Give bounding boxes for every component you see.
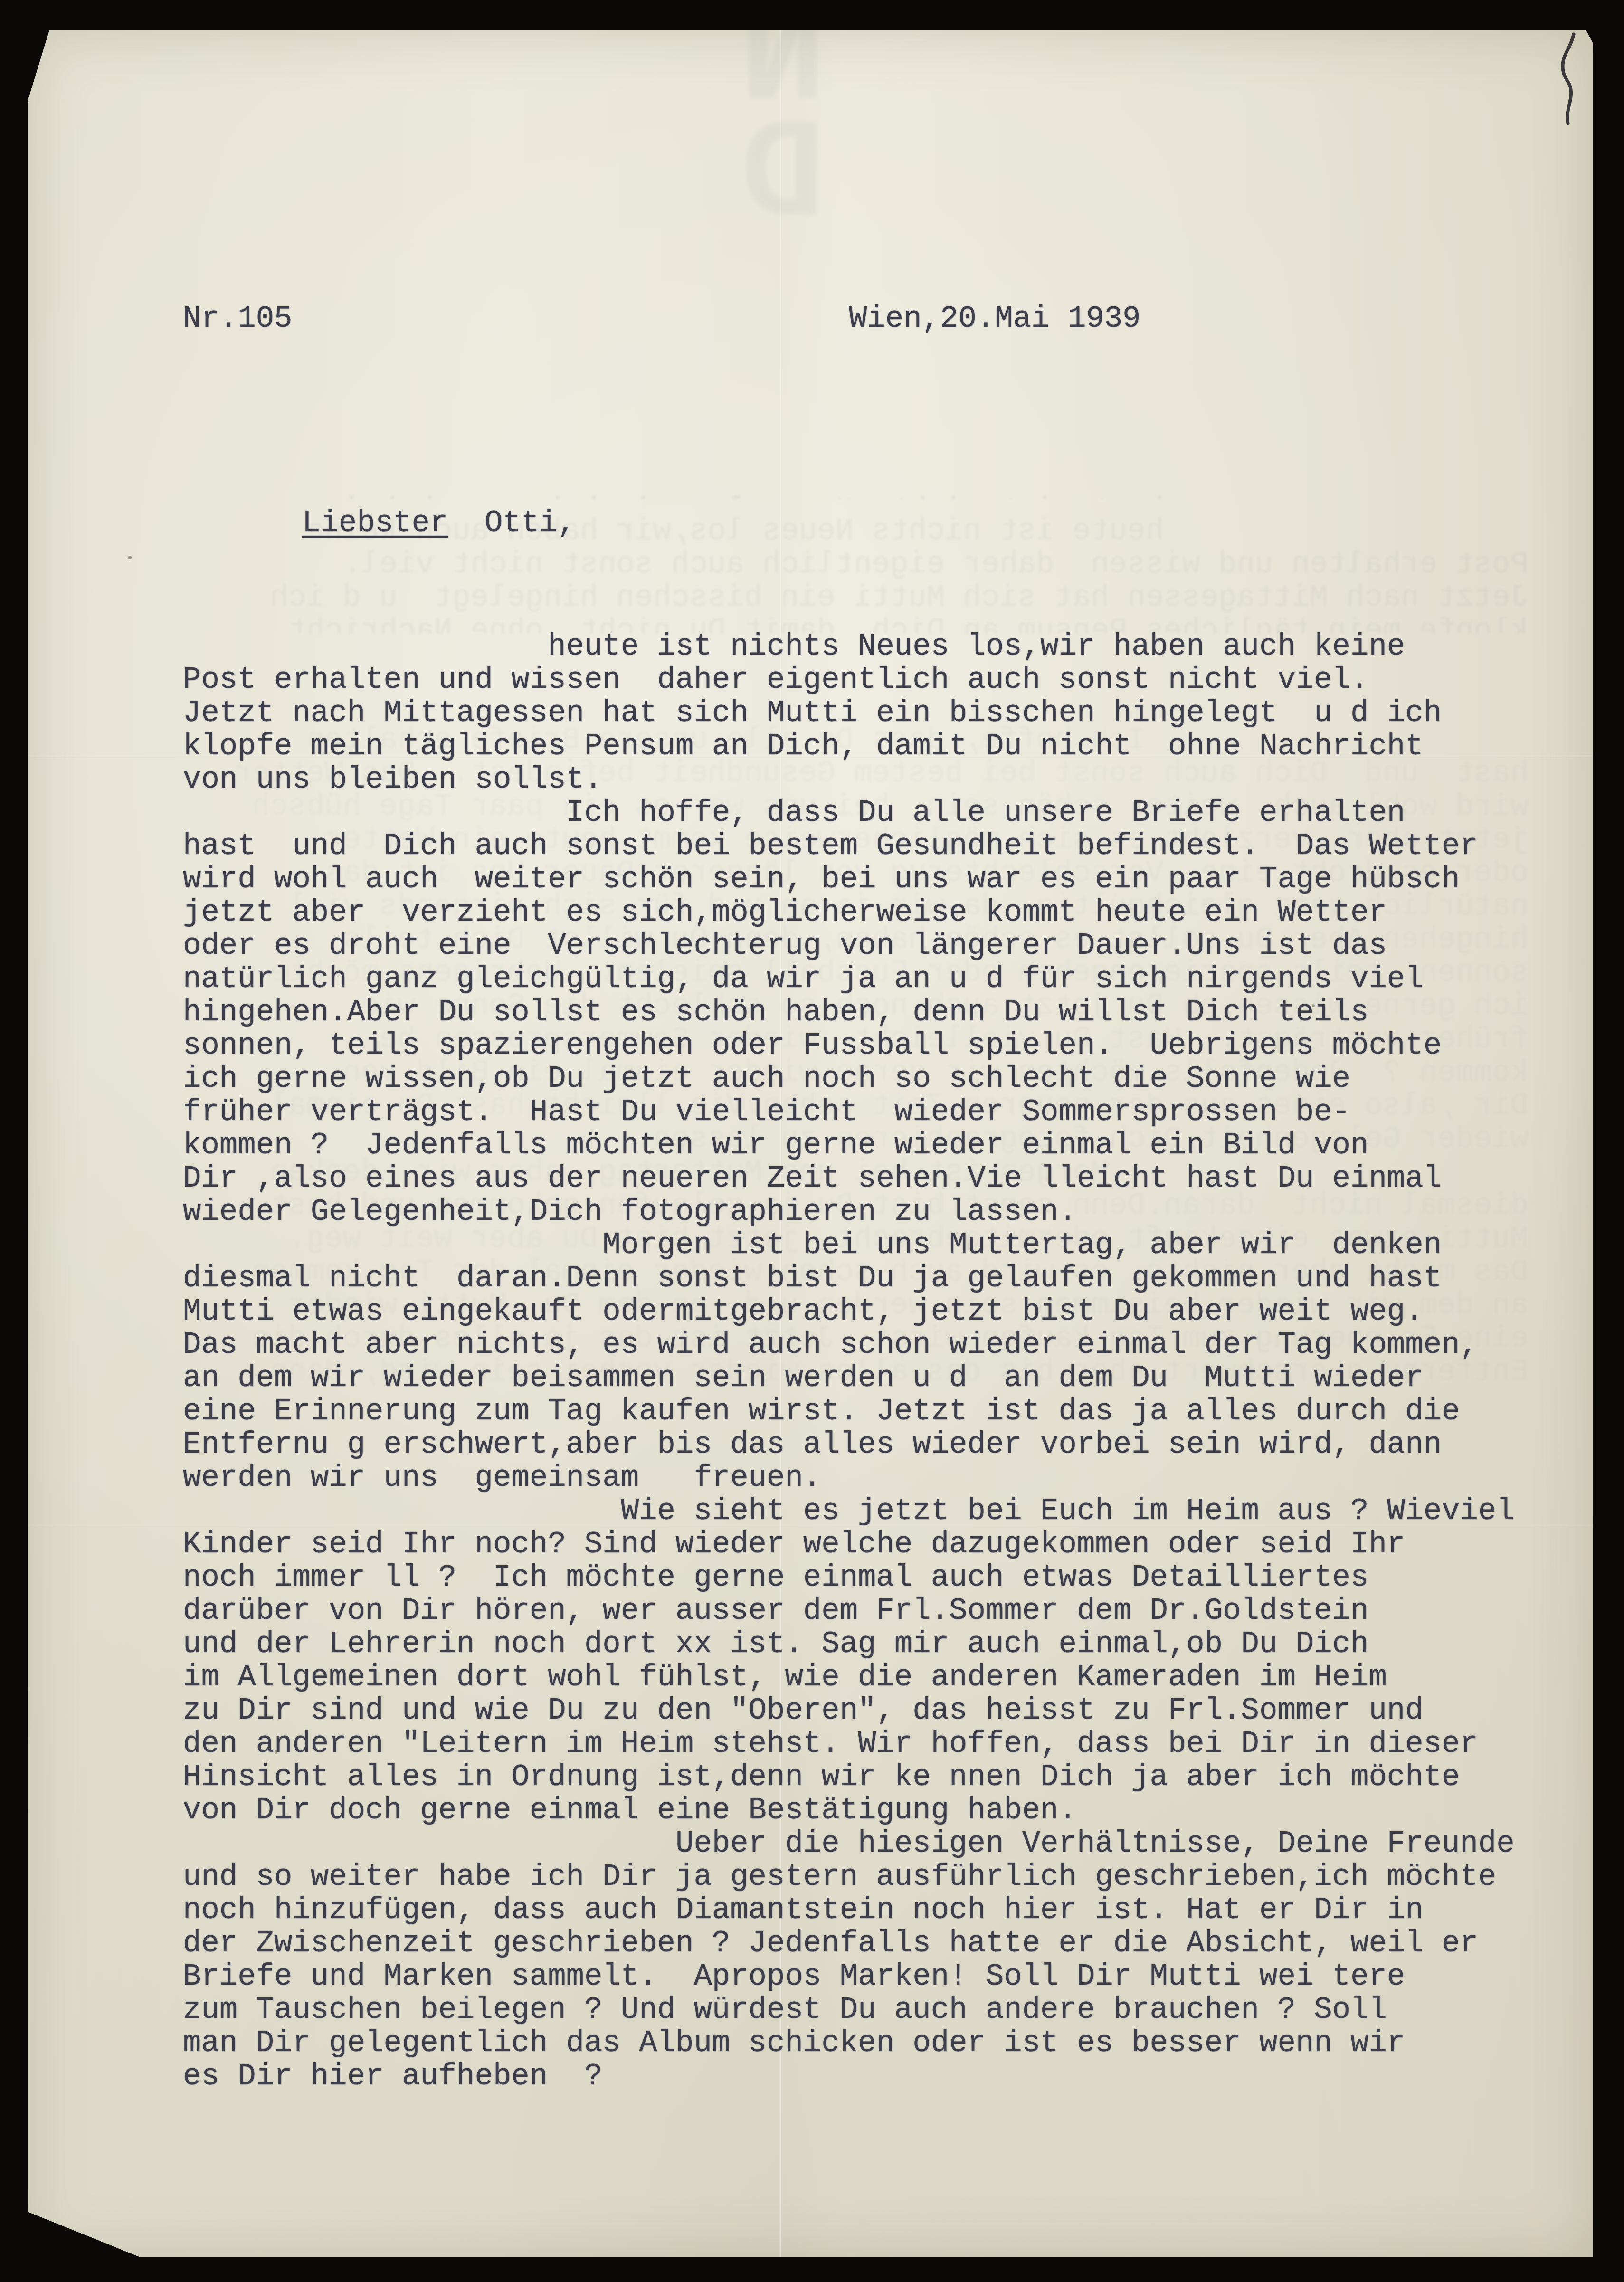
letter-line: Ich hoffe, dass Du alle unsere Briefe er… [183,797,1574,830]
letter-line: jetzt aber verzieht es sich,möglicherwei… [183,896,1574,930]
letter-line: natürlich ganz gleichgültig, da wir ja a… [183,963,1574,996]
letter-line: früher verträgst. Hast Du vielleicht wie… [183,1096,1574,1129]
letter-line: wieder Gelegenheit,Dich fotographieren z… [183,1196,1574,1229]
bleedthrough-text-upper: heute ist nichts Neues los,wir haben auc… [113,328,1529,499]
paper-watermark: N D [674,2,892,236]
letter-line: heute ist nichts Neues los,wir haben auc… [183,630,1574,664]
letter-line: hingehen.Aber Du sollst es schön haben, … [183,996,1574,1029]
letter-line: Hinsicht alles in Ordnung ist,denn wir k… [183,1761,1574,1794]
letter-line: Ueber die hiesigen Verhältnisse, Deine F… [183,1827,1574,1861]
dateline: Wien,20.Mai 1939 [849,303,1141,336]
letter-line: wird wohl auch weiter schön sein, bei un… [183,863,1574,896]
letter-line: und der Lehrerin noch dort xx ist. Sag m… [183,1628,1574,1661]
letter-line: Kinder seid Ihr noch? Sind wieder welche… [183,1528,1574,1561]
letter-line: Mutti etwas eingekauft odermitgebracht, … [183,1295,1574,1329]
corner-ink-mark [1552,30,1585,140]
watermark-letter-bottom: D [674,119,892,236]
letter-line: Jetzt nach Mittagessen hat sich Mutti ei… [183,697,1574,730]
letter-number: Nr.105 [183,303,292,336]
letter-line: oder es droht eine Verschlechterug von l… [183,930,1574,963]
letter-line: ich gerne wissen,ob Du jetzt auch noch s… [183,1063,1574,1096]
letter-line: von Dir doch gerne einmal eine Bestätigu… [183,1794,1574,1827]
letter-line: klopfe mein tägliches Pensum an Dich, da… [183,730,1574,763]
letter-line: Post erhalten und wissen daher eigentlic… [183,664,1574,697]
letter-page: N D heute ist nichts Neues los,wir haben… [28,30,1593,2257]
letter-line: eine Erinnerung zum Tag kaufen wirst. Je… [183,1395,1574,1428]
salutation-rest: Otti, [448,506,576,541]
letter-line: im Allgemeinen dort wohl fühlst, wie die… [183,1661,1574,1694]
letter-line: und so weiter habe ich Dir ja gestern au… [183,1861,1574,1894]
letter-line: kommen ? Jedenfalls möchten wir gerne wi… [183,1129,1574,1162]
letter-line: Briefe und Marken sammelt. Apropos Marke… [183,1960,1574,1994]
letter-line: Das macht aber nichts, es wird auch scho… [183,1329,1574,1362]
letter-line: sonnen, teils spazierengehen oder Fussba… [183,1029,1574,1063]
paper-speck [128,556,132,559]
letter-line: zu Dir sind und wie Du zu den "Oberen", … [183,1694,1574,1728]
letter-line: noch hinzufügen, dass auch Diamantstein … [183,1894,1574,1927]
letter-line: diesmal nicht daran.Denn sonst bist Du j… [183,1262,1574,1295]
letter-line: Entfernu g erschwert,aber bis das alles … [183,1428,1574,1462]
letter-line: man Dir gelegentlich das Album schicken … [183,2027,1574,2060]
letter-line: darüber von Dir hören, wer ausser dem Fr… [183,1595,1574,1628]
letter-line: noch immer ll ? Ich möchte gerne einmal … [183,1561,1574,1595]
letter-line: zum Tauschen beilegen ? Und würdest Du a… [183,1994,1574,2027]
letter-line: von uns bleiben sollst. [183,763,1574,797]
letter-line: der Zwischenzeit geschrieben ? Jedenfall… [183,1927,1574,1960]
letter-line: an dem wir wieder beisammen sein werden … [183,1362,1574,1395]
letter-line: Wie sieht es jetzt bei Euch im Heim aus … [183,1495,1574,1528]
salutation-name: Liebster [302,506,448,541]
letter-body: heute ist nichts Neues los,wir haben auc… [183,630,1574,2093]
letter-line: werden wir uns gemeinsam freuen. [183,1462,1574,1495]
letter-line: hast und Dich auch sonst bei bestem Gesu… [183,830,1574,863]
scan-background: N D heute ist nichts Neues los,wir haben… [0,0,1624,2282]
letter-line: Dir ,also eines aus der neueren Zeit seh… [183,1162,1574,1196]
salutation: Liebster Otti, [302,507,576,540]
letter-line: Morgen ist bei uns Muttertag, aber wir d… [183,1229,1574,1262]
letter-line: den anderen "Leitern im Heim stehst. Wir… [183,1728,1574,1761]
letter-line: es Dir hier aufheben ? [183,2060,1574,2093]
watermark-letter-top: N [674,2,892,119]
